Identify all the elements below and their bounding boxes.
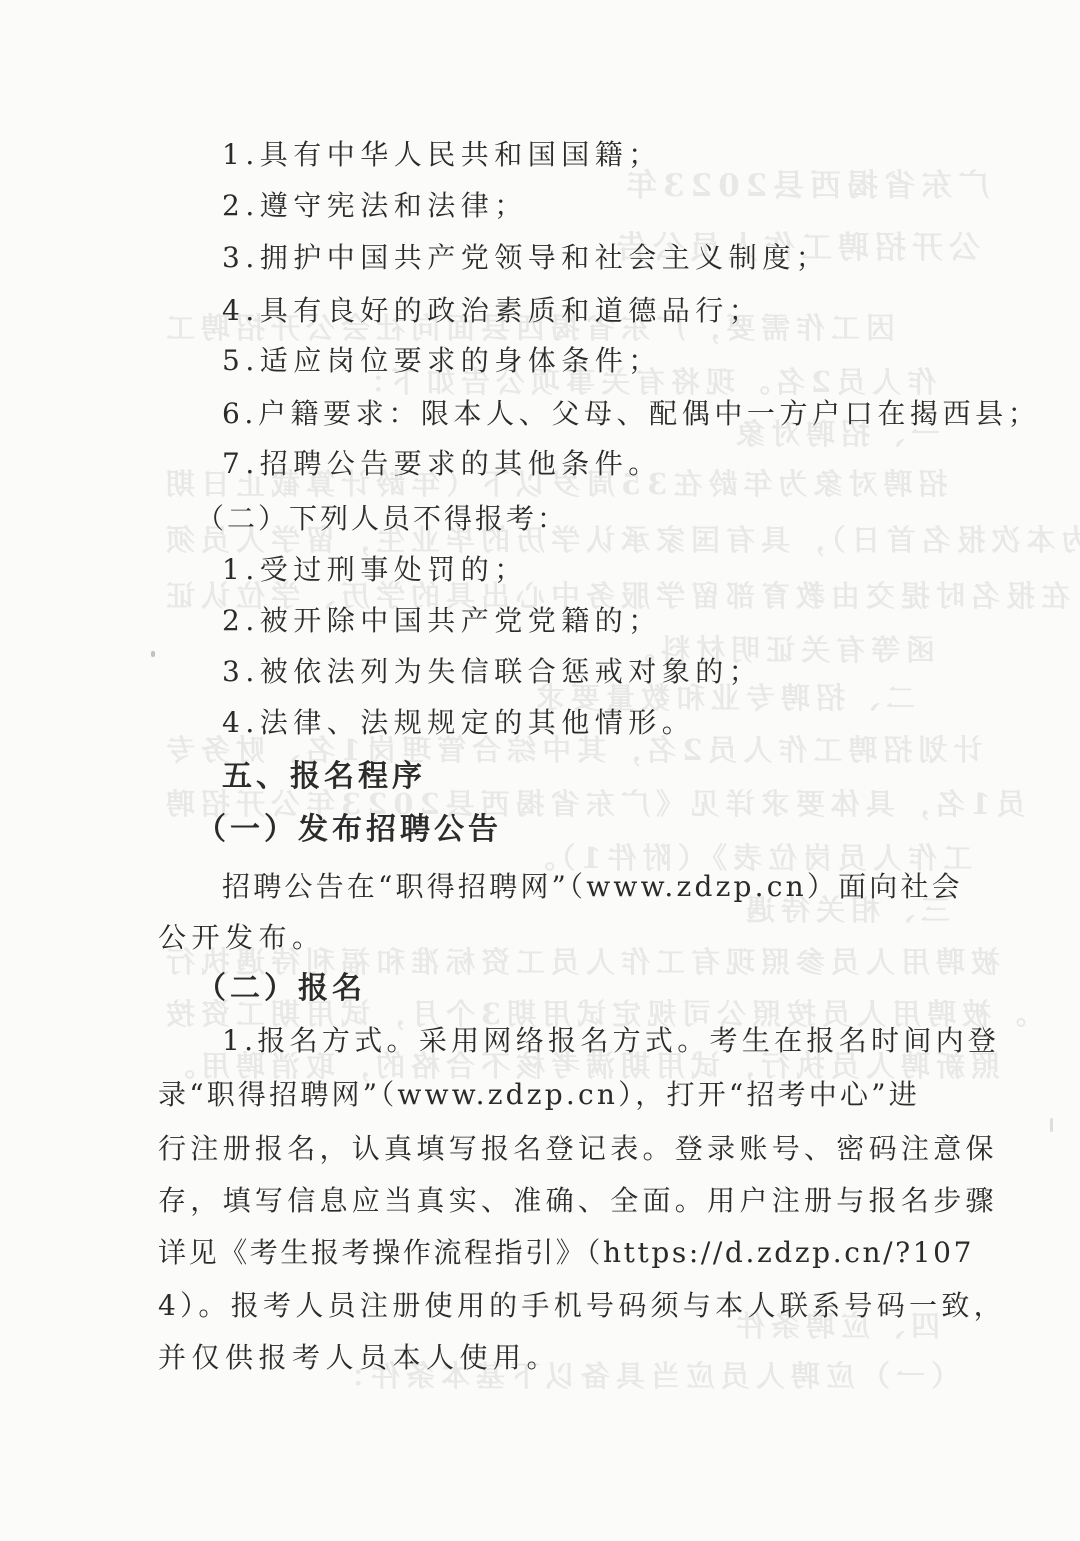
eligibility-item-3: 3.拥护中国共产党领导和社会主义制度； xyxy=(222,244,829,272)
section-heading-registration-procedure: 五、报名程序 xyxy=(222,762,426,792)
paragraph-registration-method-cont: 4）。报考人员注册使用的手机号码须与本人联系号码一致， xyxy=(158,1292,1006,1320)
eligibility-item-2: 2.遵守宪法和法律； xyxy=(222,192,528,220)
excluded-item-4: 4.法律、法规规定的其他情形。 xyxy=(222,709,695,737)
subsection-heading-publish-notice: （一）发布招聘公告 xyxy=(196,815,502,845)
excluded-item-3: 3.被依法列为失信联合惩戒对象的； xyxy=(222,658,762,686)
scan-speck xyxy=(1050,1118,1053,1132)
excluded-item-2: 2.被开除中国共产党党籍的； xyxy=(222,607,662,635)
bleed-through-text: 广东省揭西县2023年 xyxy=(620,160,989,205)
paragraph-publish-notice-cont: 公开发布。 xyxy=(158,924,326,952)
paragraph-registration-method: 1.报名方式。采用网络报名方式。考生在报名时间内登 xyxy=(222,1027,1000,1055)
paragraph-registration-method-cont: 行注册报名，认真填写报名登记表。登录账号、密码注意保 xyxy=(158,1135,998,1163)
paragraph-registration-method-cont: 存，填写信息应当真实、准确、全面。用户注册与报名步骤 xyxy=(158,1187,998,1215)
section-heading-excluded: （二）下列人员不得报考： xyxy=(196,505,568,533)
eligibility-item-7: 7.招聘公告要求的其他条件。 xyxy=(222,450,662,478)
subsection-heading-registration: （二）报名 xyxy=(196,974,366,1004)
paragraph-registration-method-cont: 录“职得招聘网”（www.zdzp.cn），打开“招考中心”进 xyxy=(158,1081,920,1109)
eligibility-item-5: 5.适应岗位要求的身体条件； xyxy=(222,347,662,375)
eligibility-item-4: 4.具有良好的政治素质和道德品行； xyxy=(222,297,762,325)
paragraph-registration-method-cont: 详见《考生报考操作流程指引》（https://d.zdzp.cn/?107 xyxy=(158,1239,974,1267)
scan-speck xyxy=(151,651,155,657)
scanned-document-page: 广东省揭西县2023年 公开招聘工作人员公告 因工作需要，广东省揭西县面向社会公… xyxy=(0,0,1080,1541)
excluded-item-1: 1.受过刑事处罚的； xyxy=(222,556,528,584)
paragraph-registration-method-cont: 并仅供报考人员本人使用。 xyxy=(158,1344,560,1372)
eligibility-item-1: 1.具有中华人民共和国国籍； xyxy=(222,141,662,169)
paragraph-publish-notice: 招聘公告在“职得招聘网”（www.zdzp.cn）面向社会 xyxy=(222,873,963,901)
eligibility-item-6: 6.户籍要求：限本人、父母、配偶中一方户口在揭西县； xyxy=(222,400,1040,428)
